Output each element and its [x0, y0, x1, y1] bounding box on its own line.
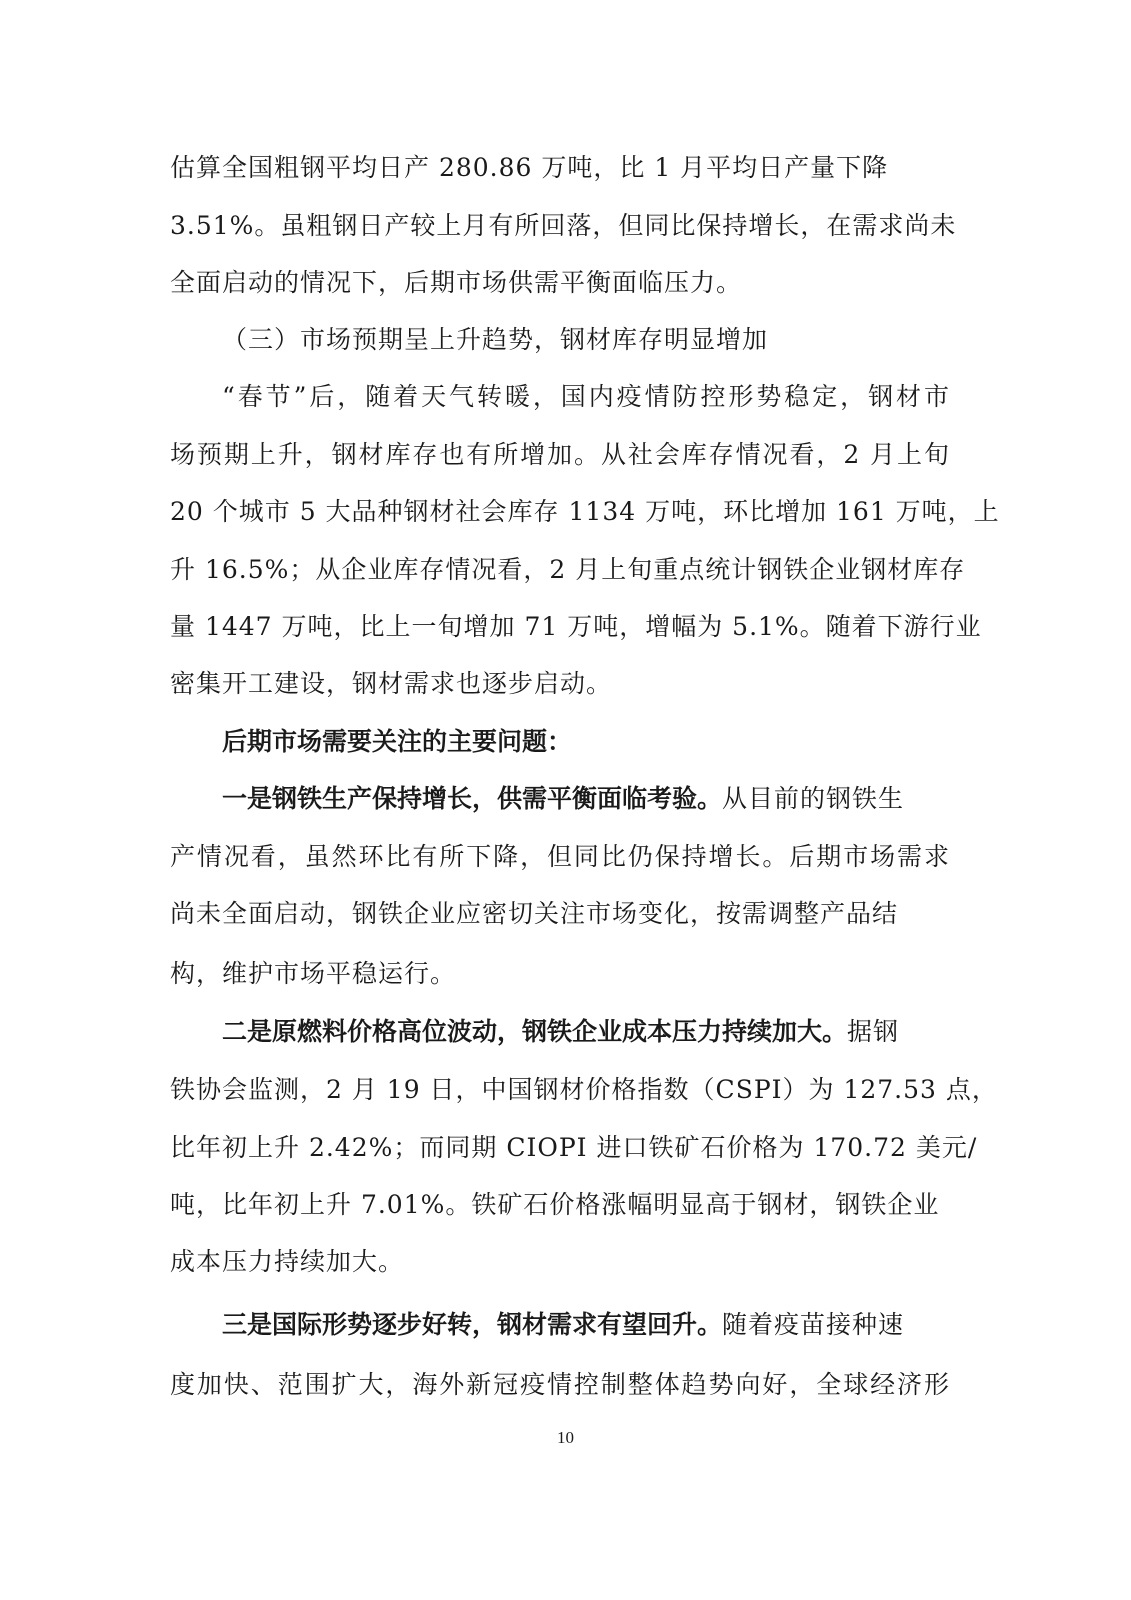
body-text-line: 铁协会监测，2 月 19 日，中国钢材价格指数（CSPI）为 127.53 点，	[170, 1070, 950, 1110]
body-text-fragment: 据钢	[847, 1017, 899, 1046]
body-text-line: 吨，比年初上升 7.01%。铁矿石价格涨幅明显高于钢材，钢铁企业	[170, 1185, 950, 1225]
body-text-line: 升 16.5%；从企业库存情况看，2 月上旬重点统计钢铁企业钢材库存	[170, 550, 950, 590]
issue-three-paragraph-start: 三是国际形势逐步好转，钢材需求有望回升。随着疫苗接种速	[222, 1305, 950, 1345]
body-text-line: 比年初上升 2.42%；而同期 CIOPI 进口铁矿石价格为 170.72 美元…	[170, 1128, 950, 1168]
body-text-line: 20 个城市 5 大品种钢材社会库存 1134 万吨，环比增加 161 万吨，上	[170, 492, 950, 532]
body-text-fragment: 随着疫苗接种速	[722, 1310, 904, 1339]
body-text-line: 量 1447 万吨，比上一旬增加 71 万吨，增幅为 5.1%。随着下游行业	[170, 607, 950, 647]
page-number: 10	[0, 1428, 1131, 1448]
document-page: 估算全国粗钢平均日产 280.86 万吨，比 1 月平均日产量下降 3.51%。…	[0, 0, 1131, 1600]
body-text-line: 成本压力持续加大。	[170, 1242, 950, 1282]
issues-heading: 后期市场需要关注的主要问题：	[222, 722, 950, 762]
body-text-fragment: 从目前的钢铁生	[722, 784, 904, 813]
body-text-line: 估算全国粗钢平均日产 280.86 万吨，比 1 月平均日产量下降	[170, 148, 850, 188]
section-heading: （三）市场预期呈上升趋势，钢材库存明显增加	[222, 320, 782, 360]
body-text-line: 构，维护市场平稳运行。	[170, 954, 950, 994]
issue-one-lead: 一是钢铁生产保持增长，供需平衡面临考验。	[222, 784, 722, 813]
issue-one-paragraph-start: 一是钢铁生产保持增长，供需平衡面临考验。从目前的钢铁生	[222, 779, 950, 819]
body-text-line: “春节”后，随着天气转暖，国内疫情防控形势稳定，钢材市	[222, 377, 950, 417]
body-text-line: 全面启动的情况下，后期市场供需平衡面临压力。	[170, 263, 950, 303]
body-text-line: 密集开工建设，钢材需求也逐步启动。	[170, 664, 950, 704]
body-text-line: 3.51%。虽粗钢日产较上月有所回落，但同比保持增长，在需求尚未	[170, 206, 950, 246]
body-text-line: 场预期上升，钢材库存也有所增加。从社会库存情况看，2 月上旬	[170, 435, 950, 475]
body-text-line: 度加快、范围扩大，海外新冠疫情控制整体趋势向好，全球经济形	[170, 1365, 950, 1405]
body-text-line: 尚未全面启动，钢铁企业应密切关注市场变化，按需调整产品结	[170, 894, 950, 934]
body-text-line: 产情况看，虽然环比有所下降，但同比仍保持增长。后期市场需求	[170, 837, 950, 877]
issue-two-paragraph-start: 二是原燃料价格高位波动，钢铁企业成本压力持续加大。据钢	[222, 1012, 950, 1052]
issue-three-lead: 三是国际形势逐步好转，钢材需求有望回升。	[222, 1310, 722, 1339]
issue-two-lead: 二是原燃料价格高位波动，钢铁企业成本压力持续加大。	[222, 1017, 847, 1046]
